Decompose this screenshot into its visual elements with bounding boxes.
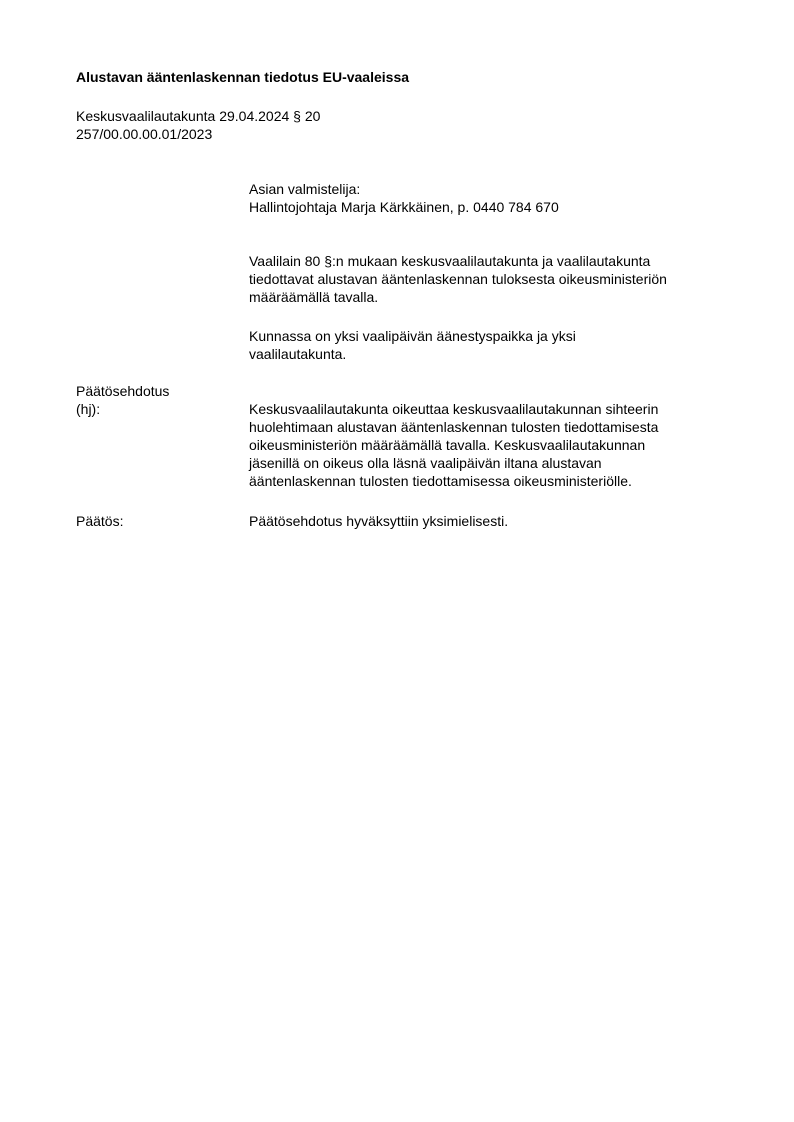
- document-title: Alustavan ääntenlaskennan tiedotus EU-va…: [76, 69, 409, 85]
- case-number: 257/00.00.00.01/2023: [76, 125, 212, 143]
- preparer-block: Asian valmistelija: Hallintojohtaja Marj…: [249, 180, 739, 216]
- proposal-line: oikeusministeriön määräämällä tavalla. K…: [249, 436, 739, 454]
- decision-line: Päätösehdotus hyväksyttiin yksimielisest…: [249, 512, 739, 530]
- proposal-line: Keskusvaalilautakunta oikeuttaa keskusva…: [249, 400, 739, 418]
- paragraph-2: Kunnassa on yksi vaalipäivän äänestyspai…: [249, 327, 739, 363]
- proposal-line: ääntenlaskennan tulosten tiedottamisessa…: [249, 472, 739, 490]
- paragraph-line: Vaalilain 80 §:n mukaan keskusvaalilauta…: [249, 252, 739, 270]
- proposal-line: huolehtimaan alustavan ääntenlaskennan t…: [249, 418, 739, 436]
- preparer-name: Hallintojohtaja Marja Kärkkäinen, p. 044…: [249, 198, 739, 216]
- paragraph-line: vaalilautakunta.: [249, 345, 739, 363]
- decision-label: Päätös:: [76, 512, 123, 530]
- proposal-label: Päätösehdotus (hj):: [76, 382, 169, 418]
- preparer-label: Asian valmistelija:: [249, 180, 739, 198]
- paragraph-line: määräämällä tavalla.: [249, 288, 739, 306]
- proposal-line: jäsenillä on oikeus olla läsnä vaalipäiv…: [249, 454, 739, 472]
- proposal-label-line: Päätösehdotus: [76, 382, 169, 400]
- paragraph-line: Kunnassa on yksi vaalipäivän äänestyspai…: [249, 327, 739, 345]
- proposal-label-line: (hj):: [76, 400, 169, 418]
- paragraph-line: tiedottavat alustavan ääntenlaskennan tu…: [249, 270, 739, 288]
- proposal-text: Keskusvaalilautakunta oikeuttaa keskusva…: [249, 400, 739, 490]
- decision-text: Päätösehdotus hyväksyttiin yksimielisest…: [249, 512, 739, 530]
- meeting-line: Keskusvaalilautakunta 29.04.2024 § 20: [76, 107, 320, 125]
- paragraph-1: Vaalilain 80 §:n mukaan keskusvaalilauta…: [249, 252, 739, 306]
